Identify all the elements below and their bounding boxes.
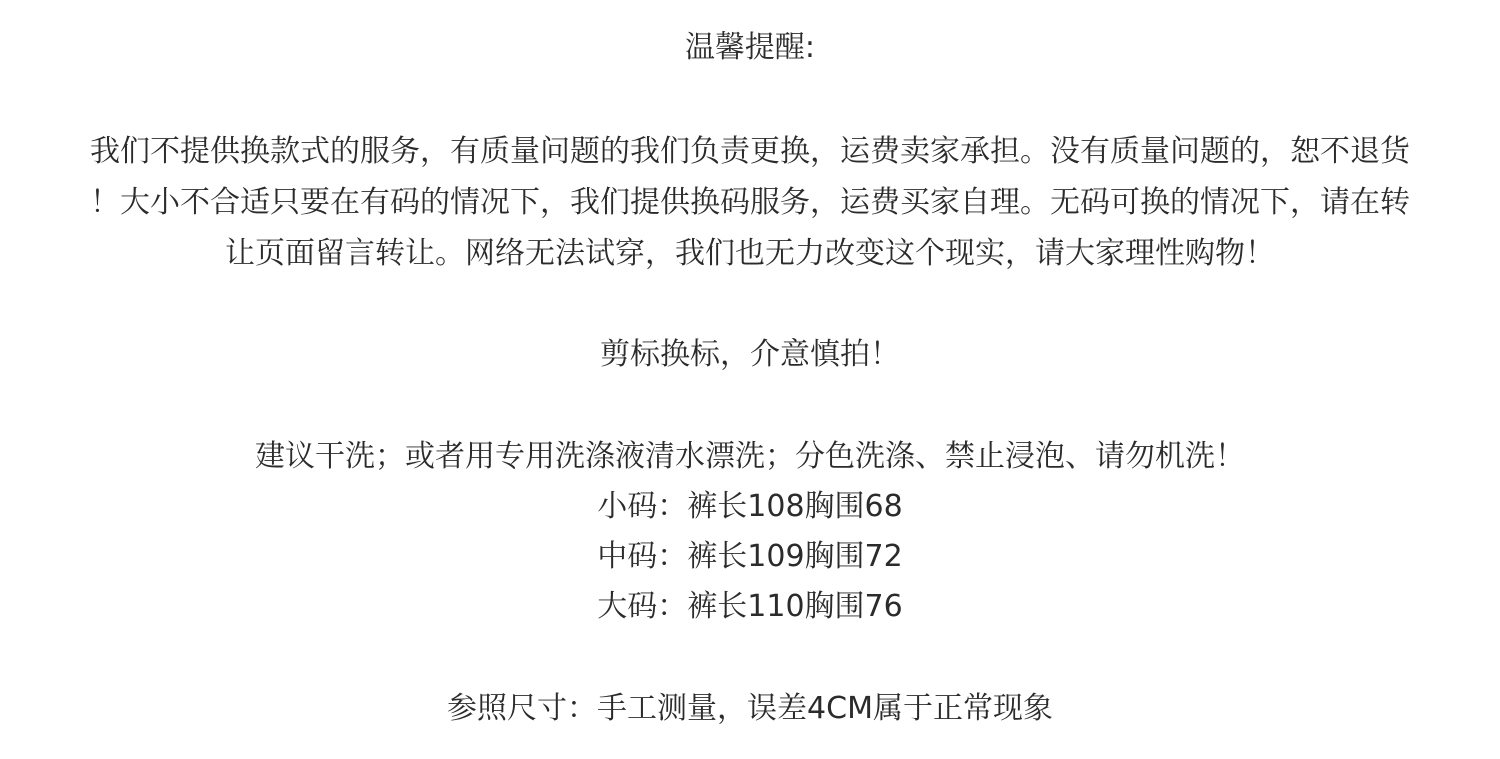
size-large: 大码：裤长110胸围76: [0, 587, 1500, 627]
policy-line: 让页面留言转让。网络无法试穿，我们也无力改变这个现实，请大家理性购物！: [0, 234, 1500, 274]
notice-title: 温馨提醒:: [0, 28, 1500, 68]
size-small: 小码：裤长108胸围68: [0, 487, 1500, 527]
size-medium: 中码：裤长109胸围72: [0, 537, 1500, 577]
policy-line: ！大小不合适只要在有码的情况下，我们提供换码服务，运费买家自理。无码可换的情况下…: [0, 183, 1500, 223]
measurement-note: 参照尺寸：手工测量，误差4CM属于正常现象: [0, 689, 1500, 729]
policy-line: 我们不提供换款式的服务，有质量问题的我们负责更换，运费卖家承担。没有质量问题的，…: [0, 132, 1500, 172]
label-notice: 剪标换标，介意慎拍！: [0, 335, 1500, 375]
wash-instructions: 建议干洗；或者用专用洗涤液清水漂洗；分色洗涤、禁止浸泡、请勿机洗！: [0, 437, 1500, 477]
